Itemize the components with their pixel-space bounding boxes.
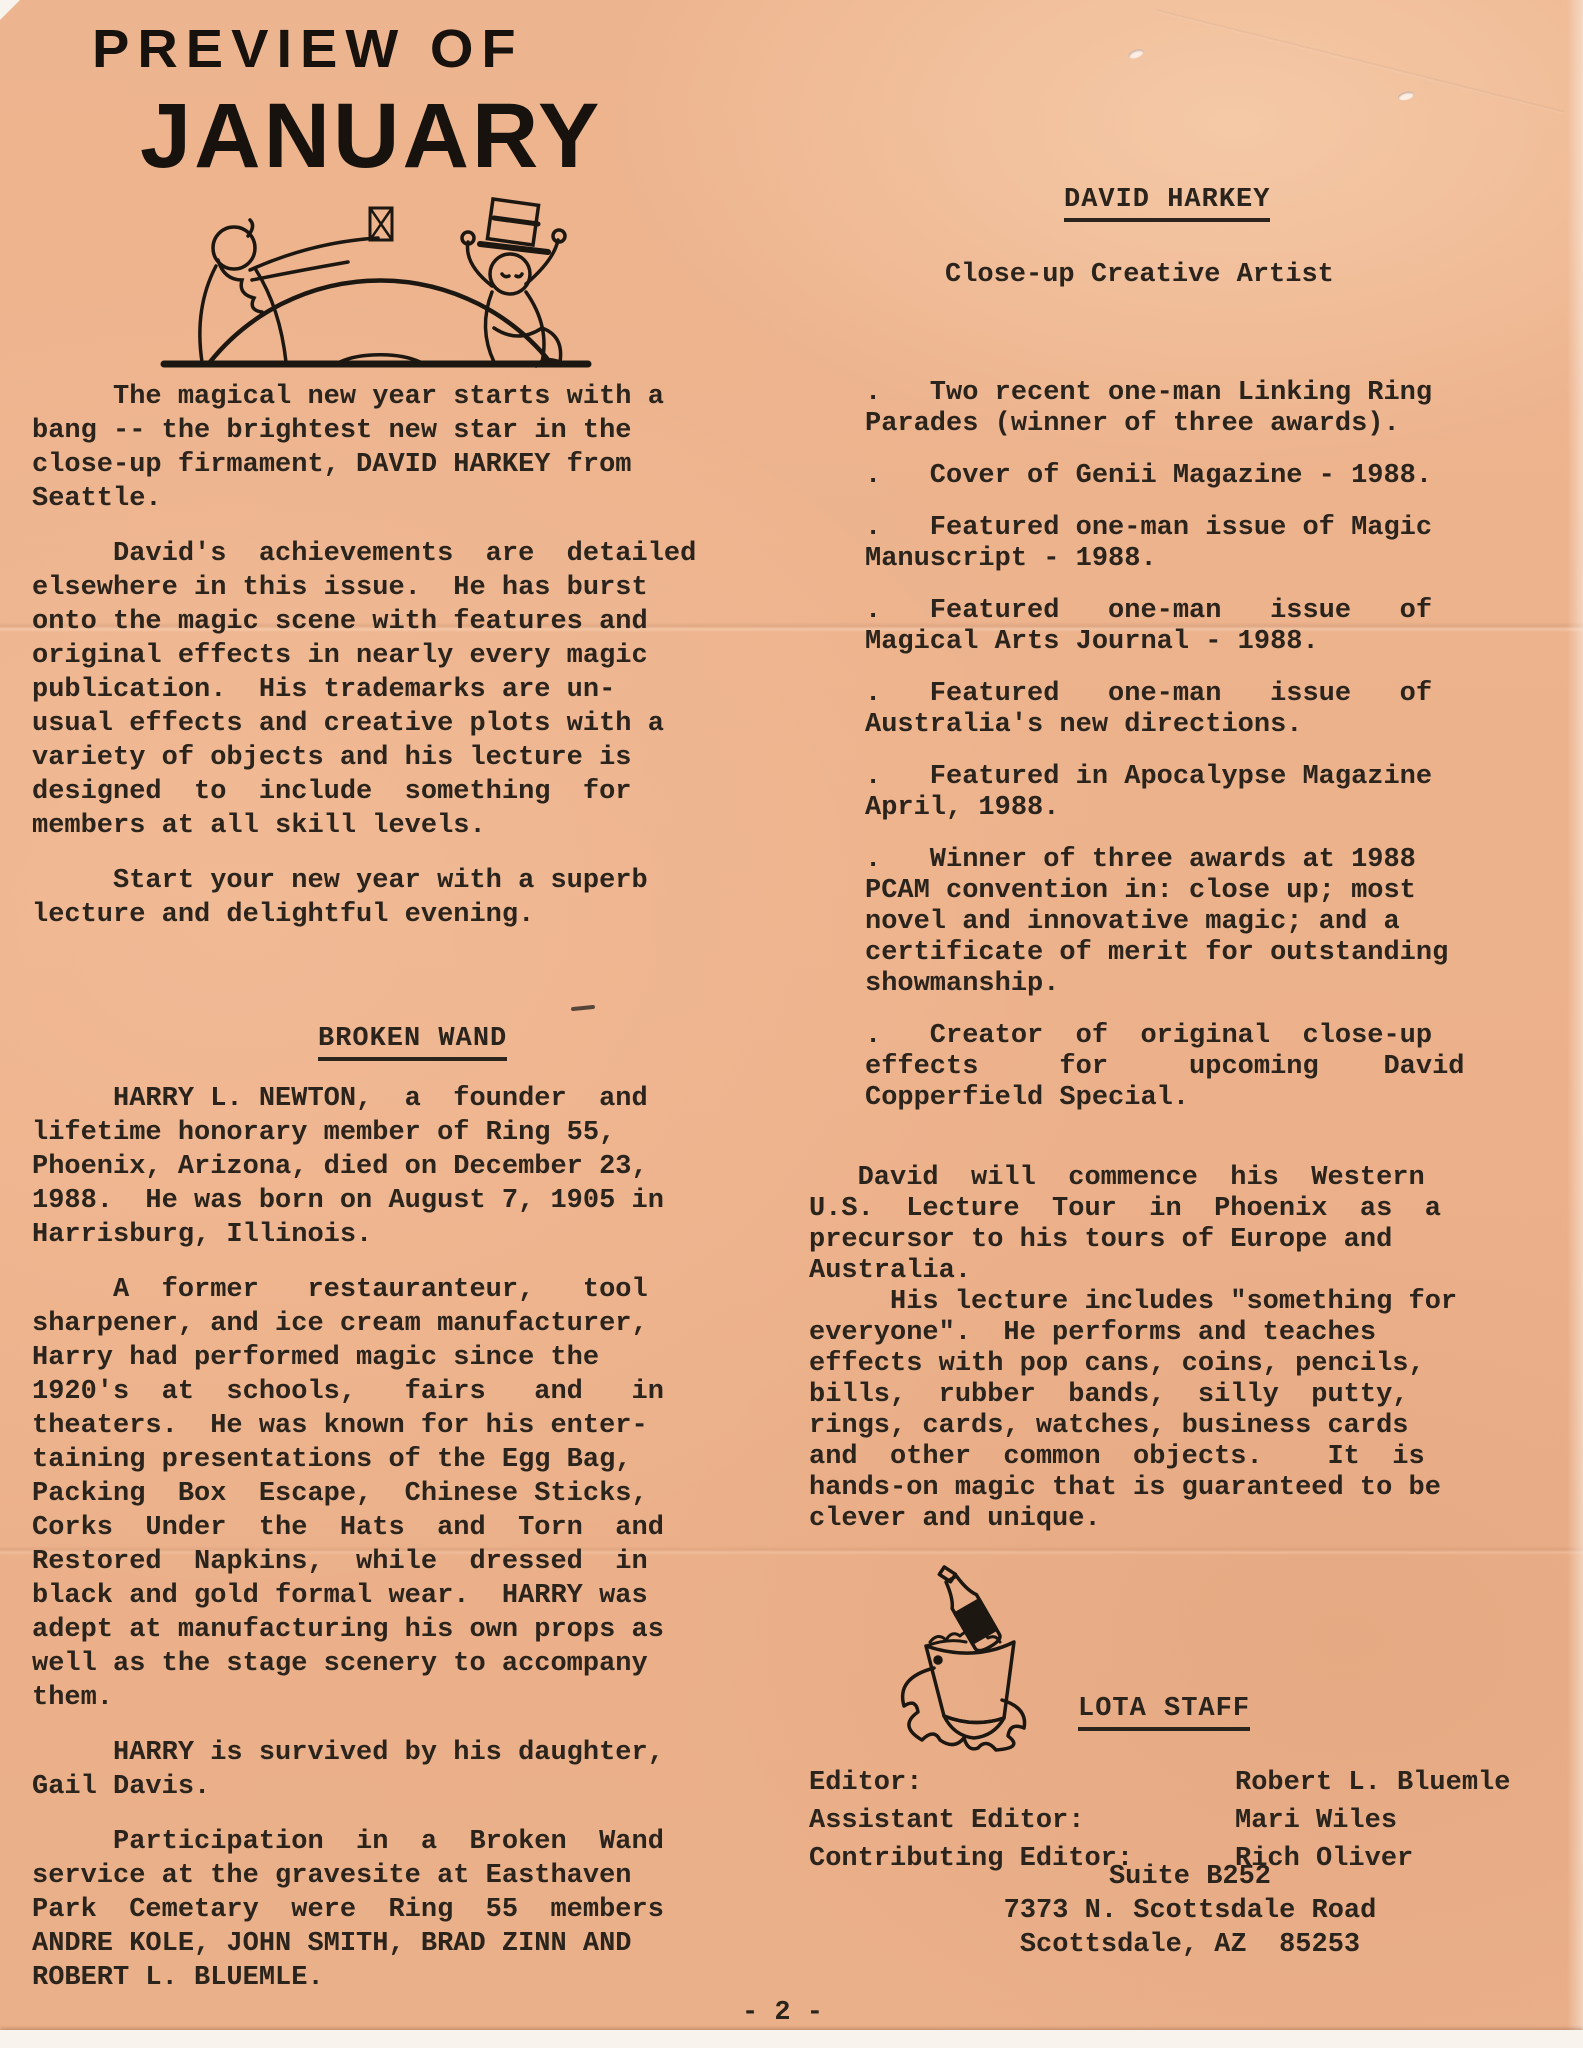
text-line: adept at manufacturing his own props as [32, 1615, 738, 1649]
text-line: Participation in a Broken Wand [32, 1827, 738, 1861]
text-line: ROBERT L. BLUEMLE. [32, 1963, 738, 1997]
text-paragraph: The magical new year starts with abang -… [32, 382, 738, 518]
section-heading-text: LOTA STAFF [1078, 1694, 1250, 1731]
text-line: Corks Under the Hats and Torn and [32, 1513, 738, 1547]
intro-section: The magical new year starts with abang -… [32, 382, 738, 934]
text-line: U.S. Lecture Tour in Phoenix as a [809, 1194, 1509, 1225]
text-line: David will commence his Western [809, 1163, 1509, 1194]
text-paragraph: Start your new year with a superblecture… [32, 866, 738, 934]
text-line: Restored Napkins, while dressed in [32, 1547, 738, 1581]
text-line: David's achievements are detailed [32, 539, 738, 573]
david-harkey-subheading: Close-up Creative Artist [945, 260, 1334, 290]
text-line: ANDRE KOLE, JOHN SMITH, BRAD ZINN AND [32, 1929, 738, 1963]
staff-row: Editor:Robert L. Bluemle [809, 1768, 1529, 1806]
text-line: bills, rubber bands, silly putty, [809, 1380, 1509, 1411]
text-line: effects for upcoming David [865, 1052, 1525, 1083]
text-line: . Featured one-man issue of [865, 679, 1525, 710]
staff-name: Mari Wiles [1235, 1806, 1397, 1836]
text-line: Scottsdale, AZ 85253 [940, 1926, 1440, 1960]
text-paragraph: . Two recent one-man Linking RingParades… [865, 378, 1525, 440]
champagne-bucket-icon [878, 1550, 1078, 1760]
text-line: showmanship. [865, 969, 1525, 1000]
text-line: . Featured one-man issue of [865, 596, 1525, 627]
text-line: Harry had performed magic since the [32, 1343, 738, 1377]
text-line: Packing Box Escape, Chinese Sticks, [32, 1479, 738, 1513]
text-line: them. [32, 1683, 738, 1717]
text-line: variety of objects and his lecture is [32, 743, 738, 777]
text-paragraph: HARRY L. NEWTON, a founder andlifetime h… [32, 1084, 738, 1254]
text-line: original effects in nearly every magic [32, 641, 738, 675]
text-line: novel and innovative magic; and a [865, 907, 1525, 938]
text-line: hands-on magic that is guaranteed to be [809, 1473, 1509, 1504]
text-line: Australia. [809, 1256, 1509, 1287]
text-line: Park Cemetary were Ring 55 members [32, 1895, 738, 1929]
masthead-title-line2: JANUARY [140, 84, 602, 189]
staff-role: Assistant Editor: [809, 1806, 1235, 1836]
page-edge [1567, 0, 1583, 2048]
text-line: theaters. He was known for his enter- [32, 1411, 738, 1445]
text-line: 1920's at schools, fairs and in [32, 1377, 738, 1411]
text-line: lifetime honorary member of Ring 55, [32, 1118, 738, 1152]
text-line: taining presentations of the Egg Bag, [32, 1445, 738, 1479]
lota-staff-heading: LOTA STAFF [1078, 1694, 1250, 1731]
text-line: black and gold formal wear. HARRY was [32, 1581, 738, 1615]
david-harkey-heading: DAVID HARKEY [1064, 185, 1270, 222]
text-paragraph: . Featured one-man issue of MagicManuscr… [865, 513, 1525, 575]
text-paragraph: A former restauranteur, toolsharpener, a… [32, 1275, 738, 1717]
page-edge [0, 2030, 1583, 2048]
text-line: . Featured in Apocalypse Magazine [865, 762, 1525, 793]
father-time-baby-clock-icon [152, 178, 604, 373]
text-line: sharpener, and ice cream manufacturer, [32, 1309, 738, 1343]
text-line: bang -- the brightest new star in the [32, 416, 738, 450]
section-heading-text: BROKEN WAND [318, 1024, 507, 1061]
text-line: Harrisburg, Illinois. [32, 1220, 738, 1254]
text-line: HARRY is survived by his daughter, [32, 1738, 738, 1772]
text-line: Seattle. [32, 484, 738, 518]
text-line: His lecture includes "something for [809, 1287, 1509, 1318]
text-line: onto the magic scene with features and [32, 607, 738, 641]
text-line: close-up firmament, DAVID HARKEY from [32, 450, 738, 484]
text-line: certificate of merit for outstanding [865, 938, 1525, 969]
staff-row: Assistant Editor:Mari Wiles [809, 1806, 1529, 1844]
text-paragraph: . Featured one-man issue ofMagical Arts … [865, 596, 1525, 658]
text-line: and other common objects. It is [809, 1442, 1509, 1473]
text-line: clever and unique. [809, 1504, 1509, 1535]
text-line: service at the gravesite at Easthaven [32, 1861, 738, 1895]
text-paragraph: . Featured one-man issue ofAustralia's n… [865, 679, 1525, 741]
text-line: . Featured one-man issue of Magic [865, 513, 1525, 544]
text-paragraph: David's achievements are detailedelsewhe… [32, 539, 738, 845]
broken-wand-paragraphs: HARRY L. NEWTON, a founder andlifetime h… [32, 1084, 738, 1997]
lecture-tour-paragraphs: David will commence his WesternU.S. Lect… [809, 1163, 1509, 1556]
broken-wand-section: HARRY L. NEWTON, a founder andlifetime h… [32, 1084, 738, 2018]
address-block: Suite B2527373 N. Scottsdale RoadScottsd… [940, 1858, 1440, 1960]
text-line: Phoenix, Arizona, died on December 23, [32, 1152, 738, 1186]
left-column: The magical new year starts with abang -… [32, 382, 738, 955]
masthead-title-line1: PREVIEW OF [92, 17, 524, 79]
text-line: Start your new year with a superb [32, 866, 738, 900]
text-line: Parades (winner of three awards). [865, 409, 1525, 440]
text-line: . Cover of Genii Magazine - 1988. [865, 461, 1525, 492]
text-line: . Winner of three awards at 1988 [865, 845, 1525, 876]
champagne-bucket-illustration [878, 1550, 1078, 1760]
text-line: . Two recent one-man Linking Ring [865, 378, 1525, 409]
text-paragraph: . Winner of three awards at 1988PCAM con… [865, 845, 1525, 1000]
text-line: Magical Arts Journal - 1988. [865, 627, 1525, 658]
text-paragraph: . Cover of Genii Magazine - 1988. [865, 461, 1525, 492]
text-line: Australia's new directions. [865, 710, 1525, 741]
text-line: rings, cards, watches, business cards [809, 1411, 1509, 1442]
text-line: lecture and delightful evening. [32, 900, 738, 934]
text-line: everyone". He performs and teaches [809, 1318, 1509, 1349]
page-number: - 2 - [742, 1998, 823, 2028]
text-line: Manuscript - 1988. [865, 544, 1525, 575]
text-paragraph: . Creator of original close-upeffects fo… [865, 1021, 1525, 1114]
page-corner [0, 0, 20, 20]
text-line: usual effects and creative plots with a [32, 709, 738, 743]
staff-role: Editor: [809, 1768, 1235, 1798]
text-paragraph: HARRY is survived by his daughter,Gail D… [32, 1738, 738, 1806]
text-line: A former restauranteur, tool [32, 1275, 738, 1309]
text-line: effects with pop cans, coins, pencils, [809, 1349, 1509, 1380]
text-line: PCAM convention in: close up; most [865, 876, 1525, 907]
text-line: elsewhere in this issue. He has burst [32, 573, 738, 607]
text-paragraph: David will commence his WesternU.S. Lect… [809, 1163, 1509, 1535]
text-line: precursor to his tours of Europe and [809, 1225, 1509, 1256]
achievement-bullet-list: . Two recent one-man Linking RingParades… [865, 378, 1525, 1135]
text-line: well as the stage scenery to accompany [32, 1649, 738, 1683]
section-heading-text: DAVID HARKEY [1064, 185, 1270, 222]
text-line: 1988. He was born on August 7, 1905 in [32, 1186, 738, 1220]
text-line: Gail Davis. [32, 1772, 738, 1806]
text-line: . Creator of original close-up [865, 1021, 1525, 1052]
text-paragraph: Participation in a Broken Wandservice at… [32, 1827, 738, 1997]
text-paragraph: . Featured in Apocalypse MagazineApril, … [865, 762, 1525, 824]
staff-name: Robert L. Bluemle [1235, 1768, 1510, 1798]
broken-wand-heading: BROKEN WAND [318, 1024, 507, 1061]
text-line: The magical new year starts with a [32, 382, 738, 416]
text-line: members at all skill levels. [32, 811, 738, 845]
text-line: April, 1988. [865, 793, 1525, 824]
text-line: HARRY L. NEWTON, a founder and [32, 1084, 738, 1118]
new-year-clock-illustration [152, 178, 604, 373]
text-line: Copperfield Special. [865, 1083, 1525, 1114]
text-line: Suite B252 [940, 1858, 1440, 1892]
newsletter-page: { "page": { "title_line1": "PREVIEW OF",… [0, 0, 1583, 2048]
text-line: 7373 N. Scottsdale Road [940, 1892, 1440, 1926]
text-line: designed to include something for [32, 777, 738, 811]
text-line: publication. His trademarks are un- [32, 675, 738, 709]
